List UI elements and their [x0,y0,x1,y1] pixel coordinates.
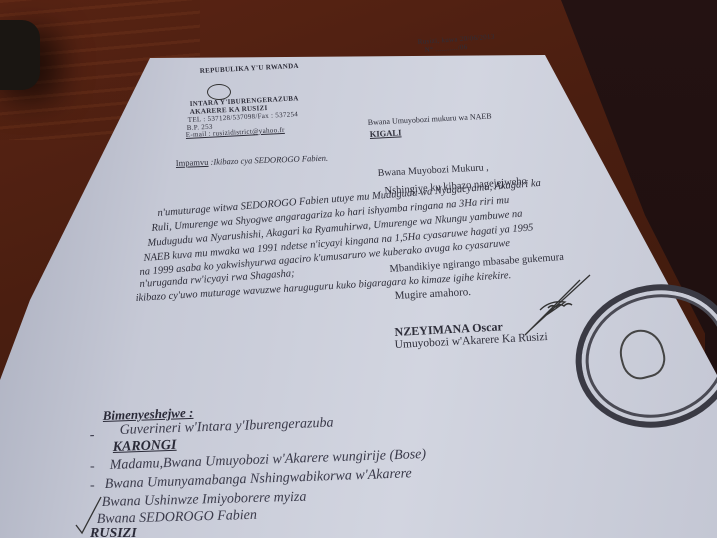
subject-label: Impamvu [176,157,209,168]
checkmark-icon [73,495,103,535]
stamp-emblem-icon [614,325,669,384]
desk-object [0,20,40,90]
cc-item-sedorogo-text: Bwana SEDOROGO Fabien [97,508,258,527]
cc-item-karongi: KARONGI [112,438,176,456]
recipient-city: KIGALI [369,127,401,139]
reference-number: N° .........../06 [424,43,467,54]
cc-item-bullet: - [89,428,94,444]
cc-bullet: - [90,478,95,494]
cc-bullet: - [90,459,95,475]
